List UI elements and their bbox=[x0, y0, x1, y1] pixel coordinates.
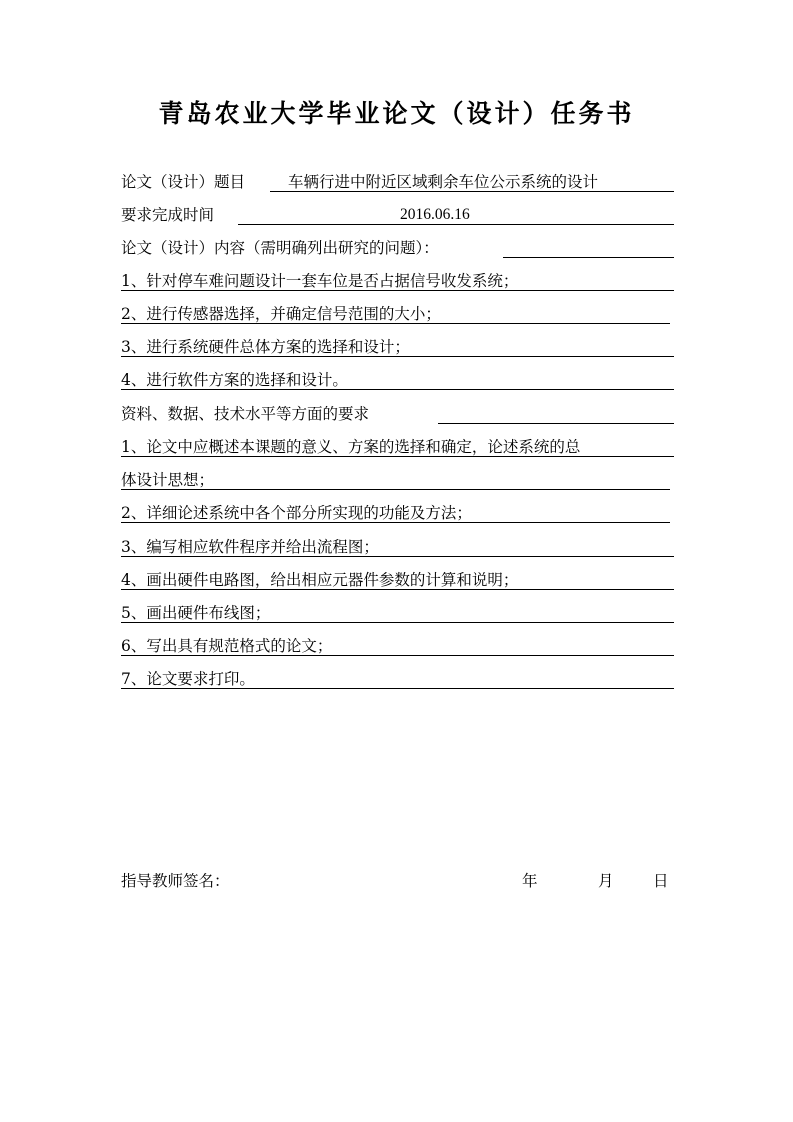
signature-day: 日 bbox=[653, 869, 669, 893]
signature-year: 年 bbox=[522, 869, 538, 893]
requirement-item: 2、详细论述系统中各个部分所实现的功能及方法； bbox=[121, 501, 674, 525]
requirement-item: 体设计思想； bbox=[121, 468, 674, 492]
content-item: 1、针对停车难问题设计一套车位是否占据信号收发系统； bbox=[121, 269, 674, 293]
requirements-row: 资料、数据、技术水平等方面的要求 bbox=[121, 402, 674, 426]
requirement-item: 6、写出具有规范格式的论文； bbox=[121, 634, 674, 658]
content-row: 论文（设计）内容（需明确列出研究的问题）： bbox=[121, 236, 674, 260]
content-item: 2、进行传感器选择，并确定信号范围的大小； bbox=[121, 302, 674, 326]
deadline-row: 要求完成时间 2016.06.16 bbox=[121, 203, 674, 227]
requirements-underline bbox=[438, 423, 674, 424]
deadline-value: 2016.06.16 bbox=[400, 203, 470, 227]
topic-value: 车辆行进中附近区域剩余车位公示系统的设计 bbox=[288, 170, 598, 194]
content-underline bbox=[503, 257, 674, 258]
requirement-item: 3、编写相应软件程序并给出流程图； bbox=[121, 535, 674, 559]
signature-month: 月 bbox=[598, 869, 614, 893]
advisor-signature-label: 指导教师签名： bbox=[121, 869, 230, 893]
content-label: 论文（设计）内容（需明确列出研究的问题）： bbox=[121, 236, 439, 260]
topic-row: 论文（设计）题目 车辆行进中附近区域剩余车位公示系统的设计 bbox=[121, 170, 674, 194]
content-item: 4、进行软件方案的选择和设计。 bbox=[121, 368, 674, 392]
deadline-label: 要求完成时间 bbox=[121, 203, 214, 227]
requirement-item: 4、画出硬件电路图，给出相应元器件参数的计算和说明； bbox=[121, 568, 674, 592]
requirement-item: 1、论文中应概述本课题的意义、方案的选择和确定，论述系统的总 bbox=[121, 435, 674, 459]
document-title: 青岛农业大学毕业论文（设计）任务书 bbox=[0, 94, 793, 130]
topic-label: 论文（设计）题目 bbox=[121, 170, 245, 194]
requirement-item: 5、画出硬件布线图； bbox=[121, 601, 674, 625]
requirement-item: 7、论文要求打印。 bbox=[121, 667, 674, 691]
content-item: 3、进行系统硬件总体方案的选择和设计； bbox=[121, 335, 674, 359]
requirements-label: 资料、数据、技术水平等方面的要求 bbox=[121, 402, 369, 426]
